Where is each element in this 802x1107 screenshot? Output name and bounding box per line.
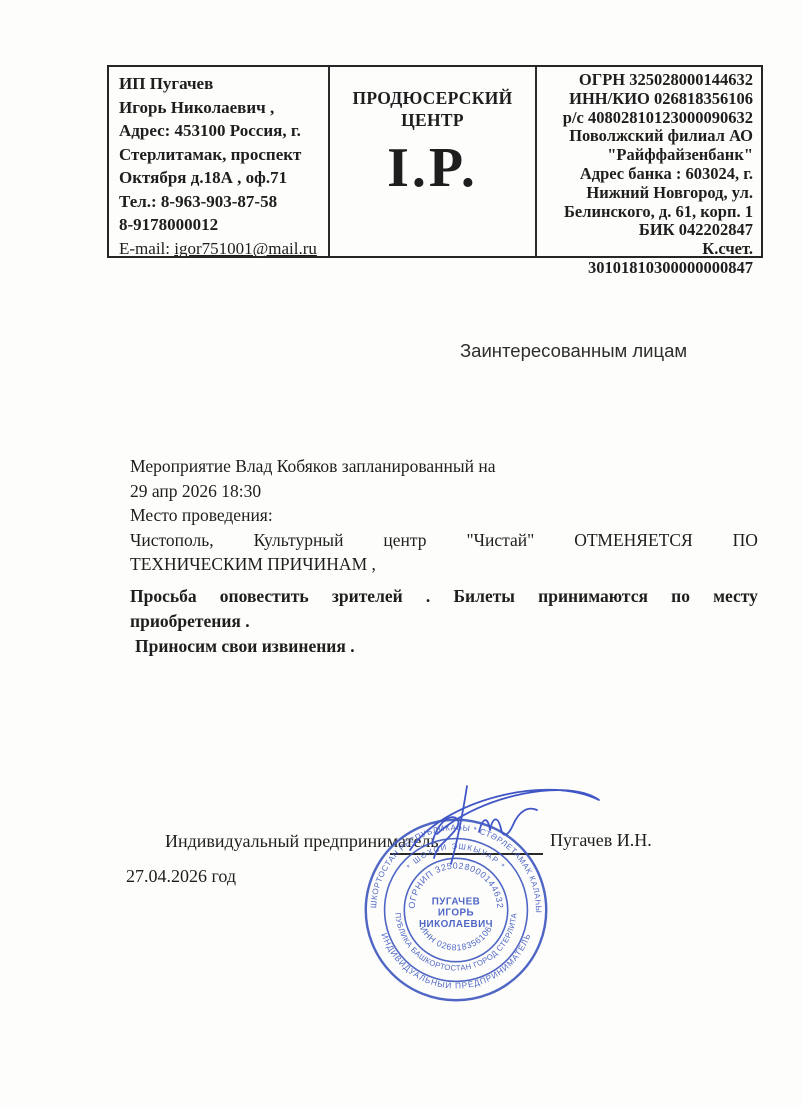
word: . [426,584,430,609]
body-line: 29 апр 2026 18:30 [130,479,758,504]
text-line: Стерлитамак, проспект [119,143,324,167]
producer-center-title-line1: ПРОДЮСЕРСКИЙ [330,87,535,109]
word: Культурный [254,528,344,553]
letter-date: 27.04.2026 год [126,866,236,887]
text-line: 8-9178000012 [119,213,324,237]
text-line: ОГРН 325028000144632 [539,71,753,90]
text-line: Адрес: 453100 Россия, г. [119,119,324,143]
text-line: Адрес банка : 603024, г. [539,165,753,184]
text-line: Поволжский филиал АО [539,127,753,146]
stamp-name-line2: ИГОРЬ [438,908,474,919]
word: Чистополь, [130,528,214,553]
text-line: БИК 042202847 [539,221,753,240]
word: центр [383,528,426,553]
word: Билеты [453,584,515,609]
text-line: ИНН/КИО 026818356106 [539,90,753,109]
text-line: р/с 40802810123000090632 [539,109,753,128]
body-line: Место проведения: [130,503,758,528]
body-line: ТЕХНИЧЕСКИМ ПРИЧИНАМ , [130,552,758,577]
body-paragraph-2: Просьбаоповеститьзрителей.Билетыпринимаю… [130,584,758,659]
email-link: igor751001@mail.ru [174,239,317,258]
word: месту [713,584,758,609]
word: ПО [733,528,758,553]
word: по [671,584,690,609]
text-line: Нижний Новгород, ул. [539,184,753,203]
text-line: Игорь Николаевич , [119,96,324,120]
letterhead-bank-cell: ОГРН 325028000144632ИНН/КИО 026818356106… [537,67,761,256]
body-line-justified: Чистополь,Культурныйцентр"Чистай"ОТМЕНЯЕ… [130,528,758,553]
text-line: Белинского, д. 61, корп. 1 [539,203,753,222]
email-label: E-mail: [119,239,174,258]
text-line: Тел.: 8-963-903-87-58 [119,190,324,214]
contact-lines: ИП ПугачевИгорь Николаевич ,Адрес: 45310… [119,72,324,237]
text-line: Октября д.18А , оф.71 [119,166,324,190]
stamp-name-line3: НИКОЛАЕВИЧ [419,919,493,930]
text-line: "Райффайзенбанк" [539,146,753,165]
email-line: E-mail: igor751001@mail.ru [119,237,324,261]
text-line: ИП Пугачев [119,72,324,96]
body-line: Приносим свои извинения . [130,634,758,659]
word: ОТМЕНЯЕТСЯ [574,528,692,553]
recipient-line: Заинтересованным лицам [460,340,687,362]
body-line: приобретения . [130,609,758,634]
text-line: К.счет. 30101810300000000847 [539,240,753,278]
body-paragraph-1: Мероприятие Влад Кобяков запланированный… [130,454,758,577]
letterhead-contact-cell: ИП ПугачевИгорь Николаевич ,Адрес: 45310… [109,67,330,256]
ip-logo: I.P. [330,139,535,197]
handwritten-signature-icon [385,768,625,878]
word: "Чистай" [467,528,535,553]
bank-lines: ОГРН 325028000144632ИНН/КИО 026818356106… [539,71,753,278]
producer-center-title-line2: ЦЕНТР [330,109,535,131]
word: принимаются [538,584,648,609]
word: зрителей [332,584,403,609]
body-line-justified: Просьбаоповеститьзрителей.Билетыпринимаю… [130,584,758,609]
word: Просьба [130,584,197,609]
letterhead-table: ИП ПугачевИгорь Николаевич ,Адрес: 45310… [107,65,763,258]
letterhead-logo-cell: ПРОДЮСЕРСКИЙ ЦЕНТР I.P. [330,67,537,256]
body-line: Мероприятие Влад Кобяков запланированный… [130,454,758,479]
scanned-letter-page: ИП ПугачевИгорь Николаевич ,Адрес: 45310… [0,0,802,1107]
stamp-name-line1: ПУГАЧЕВ [432,896,480,907]
word: оповестить [220,584,309,609]
